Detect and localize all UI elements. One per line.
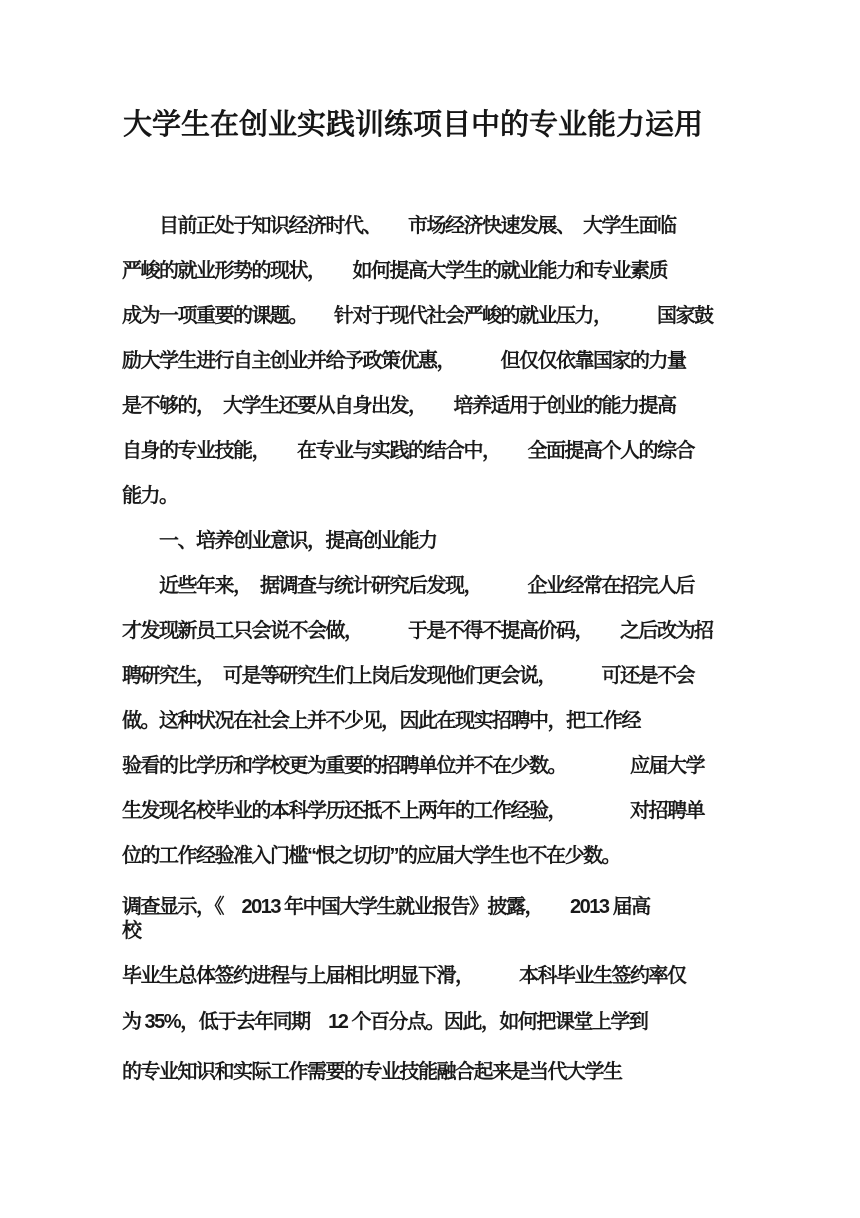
text-line: 聘研究生， 可是等研究生们上岗后发现他们更会说， 可还是不会 bbox=[122, 665, 694, 688]
text-line: 做。这种状况在社会上并不少见，因此在现实招聘中，把工作经 bbox=[122, 710, 640, 733]
text-line: 调查显示，《 2013 年中国大学生就业报告》披露， 2013 届高 bbox=[122, 896, 650, 919]
text-line: 位的工作经验准入门槛“恨之切切”的应届大学生也不在少数。 bbox=[122, 845, 620, 868]
text-line: 能力。 bbox=[122, 485, 178, 508]
text-line: 是不够的， 大学生还要从自身出发， 培养适用于创业的能力提高 bbox=[122, 395, 676, 418]
text-line: 为 35%，低于去年同期 12 个百分点。因此，如何把课堂上学到 bbox=[122, 1011, 647, 1034]
document-page: 大学生在创业实践训练项目中的专业能力运用 目前正处于知识经济时代、 市场经济快速… bbox=[0, 0, 860, 1218]
text-line: 才发现新员工只会说不会做， 于是不得不提高价码， 之后改为招 bbox=[122, 620, 713, 643]
section-heading: 一、培养创业意识，提高创业能力 bbox=[122, 530, 437, 553]
text-line: 自身的专业技能， 在专业与实践的结合中， 全面提高个人的综合 bbox=[122, 440, 694, 463]
document-title: 大学生在创业实践训练项目中的专业能力运用 bbox=[123, 108, 703, 142]
text-line: 严峻的就业形势的现状， 如何提高大学生的就业能力和专业素质 bbox=[122, 260, 667, 283]
text-line: 成为一项重要的课题。 针对于现代社会严峻的就业压力， 国家鼓 bbox=[122, 305, 713, 328]
text-line: 验看的比学历和学校更为重要的招聘单位并不在少数。 应届大学 bbox=[122, 755, 704, 778]
text-line: 目前正处于知识经济时代、 市场经济快速发展、 大学生面临 bbox=[122, 215, 676, 238]
text-line: 生发现名校毕业的本科学历还抵不上两年的工作经验， 对招聘单 bbox=[122, 800, 704, 823]
text-line: 近些年来， 据调查与统计研究后发现， 企业经常在招完人后 bbox=[122, 575, 694, 598]
text-line: 励大学生进行自主创业并给予政策优惠， 但仅仅依靠国家的力量 bbox=[122, 350, 686, 373]
text-line: 毕业生总体签约进程与上届相比明显下滑， 本科毕业生签约率仅 bbox=[122, 965, 686, 988]
text-line: 的专业知识和实际工作需要的专业技能融合起来是当代大学生 bbox=[122, 1061, 622, 1084]
text-line-wrap: 校 bbox=[122, 920, 141, 943]
